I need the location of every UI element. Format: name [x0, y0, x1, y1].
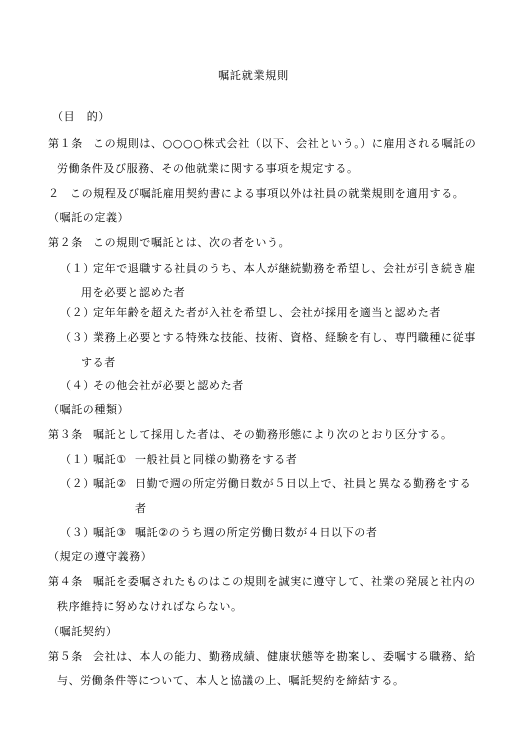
- section-heading-definition: （嘱託の定義）: [48, 211, 129, 225]
- article-3-label: 第３条: [48, 428, 83, 442]
- article-1-line-1: この規則は、○○○○株式会社（以下、会社という。）に雇用される嘱託の: [93, 137, 476, 151]
- article-2-item-4-label: （４）: [60, 379, 95, 393]
- article-2-item-1-line-1: 定年で退職する社員のうち、本人が継続勤務を希望し、会社が引き続き雇: [93, 262, 476, 276]
- article-5-line-2: 与、労働条件等について、本人と協議の上、嘱託契約を締結する。: [57, 674, 405, 688]
- article-3-item-2-line-2: 者: [135, 502, 147, 516]
- article-3-item-2-label: （２）: [60, 477, 95, 491]
- article-2-label: 第２条: [48, 236, 83, 250]
- article-3-item-1-line-1: 一般社員と同様の勤務をする者: [135, 453, 297, 467]
- article-2-item-3-label: （３）: [60, 331, 95, 345]
- document-page: 嘱託就業規則 （目 的） 第１条 この規則は、○○○○株式会社（以下、会社という…: [0, 0, 507, 735]
- article-5-label: 第５条: [48, 650, 83, 664]
- document-title: 嘱託就業規則: [0, 67, 507, 83]
- article-2-item-4-line-1: その他会社が必要と認めた者: [93, 379, 244, 393]
- article-3-item-3-line-1: 嘱託②のうち週の所定労働日数が４日以下の者: [135, 526, 377, 540]
- article-3-item-3-label: （３）: [60, 526, 95, 540]
- article-4-line-2: 秩序維持に努めなければならない。: [57, 600, 243, 614]
- article-1-paragraph-2-label: ２: [48, 187, 60, 201]
- article-2-line-1: この規則で嘱託とは、次の者をいう。: [93, 236, 290, 250]
- article-2-item-3-line-1: 業務上必要とする特殊な技能、技術、資格、経験を有し、専門職種に従事: [93, 331, 476, 345]
- article-5-line-1: 会社は、本人の能力、勤務成績、健康状態等を勘案し、委嘱する職務、給: [93, 650, 476, 664]
- article-3-item-2-line-1: 日勤で週の所定労働日数が５日以上で、社員と異なる勤務をする: [135, 477, 471, 491]
- article-4-label: 第４条: [48, 575, 83, 589]
- article-1-label: 第１条: [48, 137, 83, 151]
- section-heading-purpose: （目 的）: [52, 110, 110, 124]
- article-3-line-1: 嘱託として採用した者は、その勤務形態により次のとおり区分する。: [93, 428, 453, 442]
- article-2-item-3-line-2: する者: [81, 356, 116, 370]
- article-3-item-2-type: 嘱託②: [93, 477, 127, 491]
- section-heading-types: （嘱託の種類）: [48, 403, 129, 417]
- article-1-line-2: 労働条件及び服務、その他就業に関する事項を規定する。: [57, 162, 359, 176]
- article-3-item-3-type: 嘱託③: [93, 526, 127, 540]
- article-3-item-1-type: 嘱託①: [93, 453, 127, 467]
- article-1-paragraph-2: この規程及び嘱託雇用契約書による事項以外は社員の就業規則を適用する。: [70, 187, 464, 201]
- article-2-item-1-label: （１）: [60, 262, 95, 276]
- article-3-item-1-label: （１）: [60, 453, 95, 467]
- article-2-item-2-line-1: 定年年齢を超えた者が入社を希望し、会社が採用を適当と認めた者: [93, 306, 441, 320]
- section-heading-compliance: （規定の遵守義務）: [48, 550, 152, 564]
- article-4-line-1: 嘱託を委嘱されたものはこの規則を誠実に遵守して、社業の発展と社内の: [93, 575, 476, 589]
- article-2-item-2-label: （２）: [60, 306, 95, 320]
- article-2-item-1-line-2: 用を必要と認めた者: [81, 286, 185, 300]
- section-heading-contract: （嘱託契約）: [48, 625, 118, 639]
